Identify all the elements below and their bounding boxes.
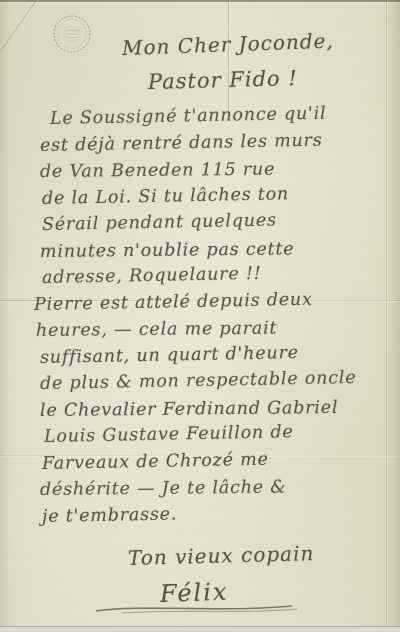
scanned-letter-page: Mon Cher Joconde, Pastor Fido ! Le Souss…: [0, 0, 400, 632]
letter-line: de plus & mon respectable oncle: [40, 364, 384, 397]
letter-closing: Ton vieux copain: [128, 541, 315, 570]
letter-line: Sérail pendant quelques: [42, 205, 384, 238]
embossed-circular-stamp-icon: [50, 13, 94, 55]
paper-edge-right-crease: [386, 0, 387, 632]
paper-edge-top: [0, 0, 400, 2]
letter-subsalutation: Pastor Fido !: [148, 66, 298, 94]
paper-edge-bottom: [0, 626, 400, 632]
signature-flourish-underline: [92, 600, 302, 616]
letter-salutation: Mon Cher Joconde,: [122, 29, 335, 60]
paper-edge-right: [386, 0, 400, 632]
fold-crease-vertical: [228, 0, 229, 118]
letter-body: Le Soussigné t'annonce qu'ilest déjà ren…: [34, 106, 384, 530]
paper-edge-left: [0, 0, 10, 632]
